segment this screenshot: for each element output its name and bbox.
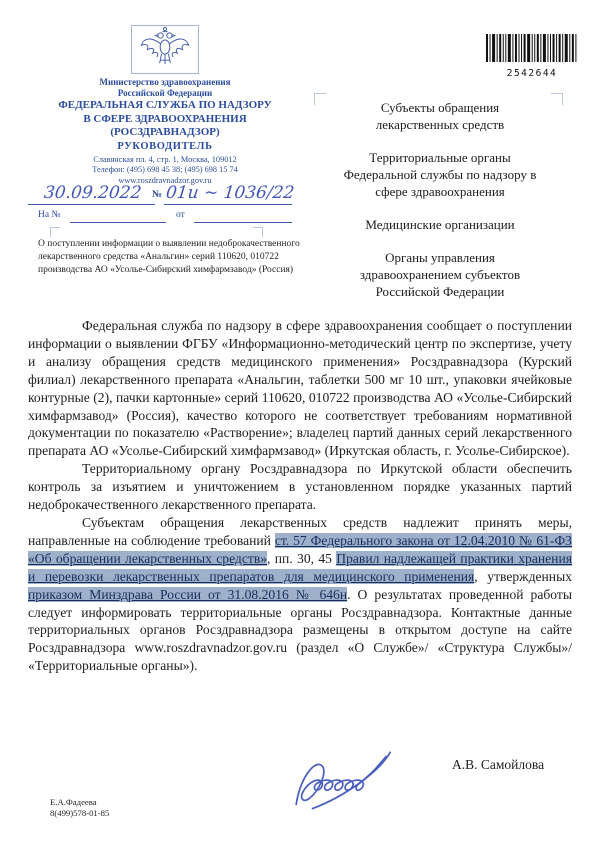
body-text-segment: , пп. 30, 45 <box>267 551 336 566</box>
position-title: РУКОВОДИТЕЛЬ <box>20 141 310 152</box>
subject-corner-mark-left <box>50 227 60 237</box>
handwritten-outgoing-number: 01и ~ 1036/22 <box>166 183 316 203</box>
recipient-group: Медицинские организации <box>318 216 562 233</box>
barcode-number: 2542644 <box>486 68 578 79</box>
body-text-segment: , утвержденных <box>474 569 572 584</box>
body-text-segment: Территориальному органу Росздравнадзора … <box>28 461 572 512</box>
letterhead-contacts: Славянская пл. 4, стр. 1, Москва, 109012… <box>20 155 310 186</box>
recipient-group: Территориальные органы Федеральной служб… <box>318 149 562 200</box>
subject-text: О поступлении информации о выявлении нед… <box>38 238 302 277</box>
recipient-group: Органы управления здравоохранением субъе… <box>318 249 562 300</box>
handwritten-signature-icon <box>288 746 426 820</box>
signer-name: А.В. Самойлова <box>452 757 544 773</box>
recipients-list: Субъекты обращения лекарственных средств… <box>318 99 562 316</box>
subject-corner-mark-right <box>253 227 263 237</box>
body-paragraph: Территориальному органу Росздравнадзора … <box>28 460 572 514</box>
document-page: Министерство здравоохранения Российской … <box>0 0 590 852</box>
number-underline <box>164 204 292 205</box>
handwritten-date: 30.09.2022 <box>30 183 155 203</box>
body-text-segment: Федеральная служба по надзору в сфере зд… <box>28 318 572 458</box>
letter-body: Федеральная служба по надзору в сфере зд… <box>28 317 572 675</box>
barcode: 2542644 <box>486 34 578 79</box>
date-underline <box>28 204 155 205</box>
executor-contact: Е.А.Фадеева 8(499)578-01-85 <box>50 797 109 819</box>
body-paragraph: Федеральная служба по надзору в сфере зд… <box>28 317 572 460</box>
service-title: ФЕДЕРАЛЬНАЯ СЛУЖБА ПО НАДЗОРУ В СФЕРЕ ЗД… <box>20 99 310 140</box>
reply-number-blank <box>70 222 166 223</box>
reply-to-number-label: На № <box>38 210 61 220</box>
reply-date-blank <box>194 222 292 223</box>
legal-reference-link[interactable]: приказом Минздрава России от 31.08.2016 … <box>28 587 347 602</box>
reply-from-date-label: от <box>176 210 185 220</box>
barcode-bars <box>486 34 578 62</box>
coat-of-arms-box <box>131 25 199 74</box>
double-headed-eagle-icon <box>136 25 194 74</box>
recipient-group: Субъекты обращения лекарственных средств <box>318 99 562 133</box>
number-sign-label: № <box>152 189 162 200</box>
body-paragraph: Субъектам обращения лекарственных средст… <box>28 514 572 675</box>
ministry-title: Министерство здравоохранения Российской … <box>20 77 310 99</box>
